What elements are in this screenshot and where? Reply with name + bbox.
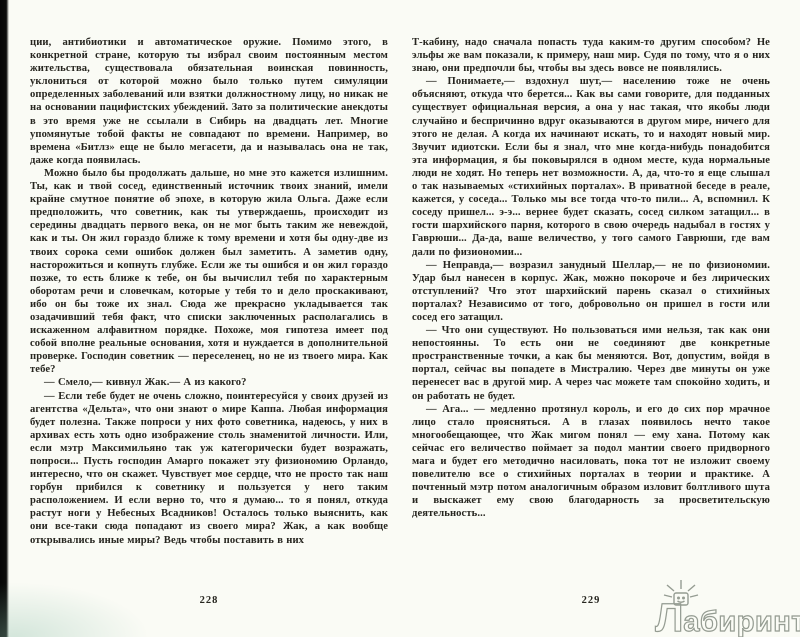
- page-number-left: 228: [30, 595, 388, 606]
- right-page: Т-кабину, надо сначала попасть туда каки…: [412, 0, 770, 637]
- right-page-text: Т-кабину, надо сначала попасть туда каки…: [412, 0, 770, 520]
- paragraph: — Ага... — медленно протянул король, и е…: [412, 403, 770, 521]
- sunburst-icon: [661, 577, 701, 607]
- paragraph: — Понимаете,— вздохнул шут,— населению т…: [412, 75, 770, 258]
- paragraph: — Неправда,— возразил занудный Шеллар,— …: [412, 259, 770, 324]
- paragraph: — Если тебе будет не очень сложно, поинт…: [30, 390, 388, 547]
- book-scan-spread: ции, антибиотики и автоматическое оружие…: [0, 0, 800, 637]
- left-page: ции, антибиотики и автоматическое оружие…: [30, 0, 388, 637]
- left-page-text: ции, антибиотики и автоматическое оружие…: [30, 0, 388, 547]
- paragraph: ции, антибиотики и автоматическое оружие…: [30, 36, 388, 167]
- scan-edge-shadow: [0, 0, 9, 637]
- paragraph: Т-кабину, надо сначала попасть туда каки…: [412, 36, 770, 75]
- labirint-watermark: Лабиринт: [655, 591, 800, 637]
- watermark-text: абиринт: [683, 607, 800, 637]
- paragraph: — Смело,— кивнул Жак.— А из какого?: [30, 376, 388, 389]
- paragraph: Можно было бы продолжать дальше, но мне …: [30, 167, 388, 377]
- paragraph: — Что они существуют. Но пользоваться им…: [412, 324, 770, 403]
